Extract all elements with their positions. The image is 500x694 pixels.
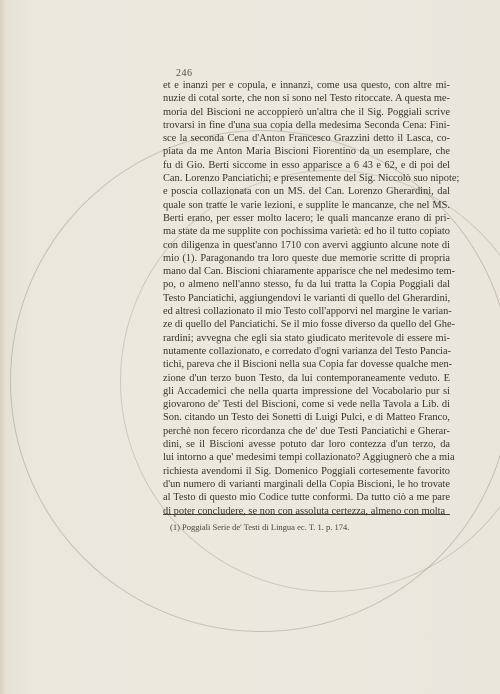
text-line: Berti erano, per esser molto lacero; le … xyxy=(163,212,450,225)
text-line: lui intorno a que' medesimi tempi collaz… xyxy=(163,451,450,464)
text-line: richiesta avendomi il Sig. Domenico Pogg… xyxy=(163,465,450,478)
text-line: di poter concludere, se non con assoluta… xyxy=(163,505,450,518)
text-line: Can. Lorenzo Panciatichi; e presentement… xyxy=(163,172,450,185)
text-line: Son. citando un Testo dei Sonetti di Lui… xyxy=(163,411,450,424)
text-line: con diligenza in quest'anno 1710 con ave… xyxy=(163,239,450,252)
text-line: et e inanzi per e copula, e innanzi, com… xyxy=(163,79,450,92)
text-line: giovarono de' Testi del Biscioni, come s… xyxy=(163,398,450,411)
text-line: e poscia collazionata con un MS. del Can… xyxy=(163,185,450,198)
text-line: zione d'un terzo buon Testo, da lui cont… xyxy=(163,372,450,385)
text-line: moria del Biscioni ne accoppierò un'altr… xyxy=(163,106,450,119)
text-line: perchè non fecero ricordanza che de' due… xyxy=(163,425,450,438)
text-line: tichi, pareva che il Biscioni nella sua … xyxy=(163,358,450,371)
text-line: nuzie di cotal sorte, che non si sono ne… xyxy=(163,92,450,105)
text-line: po, o almeno nell'anno stesso, fu da lui… xyxy=(163,278,450,291)
text-line: trovarsi in fine d'una sua copia della m… xyxy=(163,119,450,132)
text-line: al Testo di questo mio Codice tutte conf… xyxy=(163,491,450,504)
text-line: mio (1). Paragonando tra loro queste due… xyxy=(163,252,450,265)
text-line: rardini; avvegna che egli sia stato giud… xyxy=(163,332,450,345)
text-line: nutamente collazionato, e corredato d'og… xyxy=(163,345,450,358)
text-line: gli Accademici che nella quarta impressi… xyxy=(163,385,450,398)
text-line: ma state da me supplite con pochissima v… xyxy=(163,225,450,238)
text-line: mano dal Can. Biscioni chiaramente appar… xyxy=(163,265,450,278)
text-line: d'un numero di varianti marginali della … xyxy=(163,478,450,491)
footnote-rule xyxy=(163,514,450,515)
text-line: piata da me Anton Maria Biscioni Fiorent… xyxy=(163,145,450,158)
text-line: ed altresì collazionato il mio Testo col… xyxy=(163,305,450,318)
body-text: et e inanzi per e copula, e innanzi, com… xyxy=(163,79,450,518)
page-number: 246 xyxy=(176,68,193,79)
book-page: 246 et e inanzi per e copula, e innanzi,… xyxy=(0,0,500,694)
text-line: dini, se il Biscioni avesse potuto dar l… xyxy=(163,438,450,451)
text-line: fu di Gio. Berti siccome in esso apparis… xyxy=(163,159,450,172)
text-line: quale son tratte le varie lezioni, e sup… xyxy=(163,199,450,212)
footnote: (1) Poggiali Serie de' Testi di Lingua e… xyxy=(170,522,349,532)
text-line: sce la seconda Cena d'Anton Francesco Gr… xyxy=(163,132,450,145)
text-line: ze di quello del Panciatichi. Se il mio … xyxy=(163,318,450,331)
text-line: Testo Panciatichi, aggiungendovi le vari… xyxy=(163,292,450,305)
